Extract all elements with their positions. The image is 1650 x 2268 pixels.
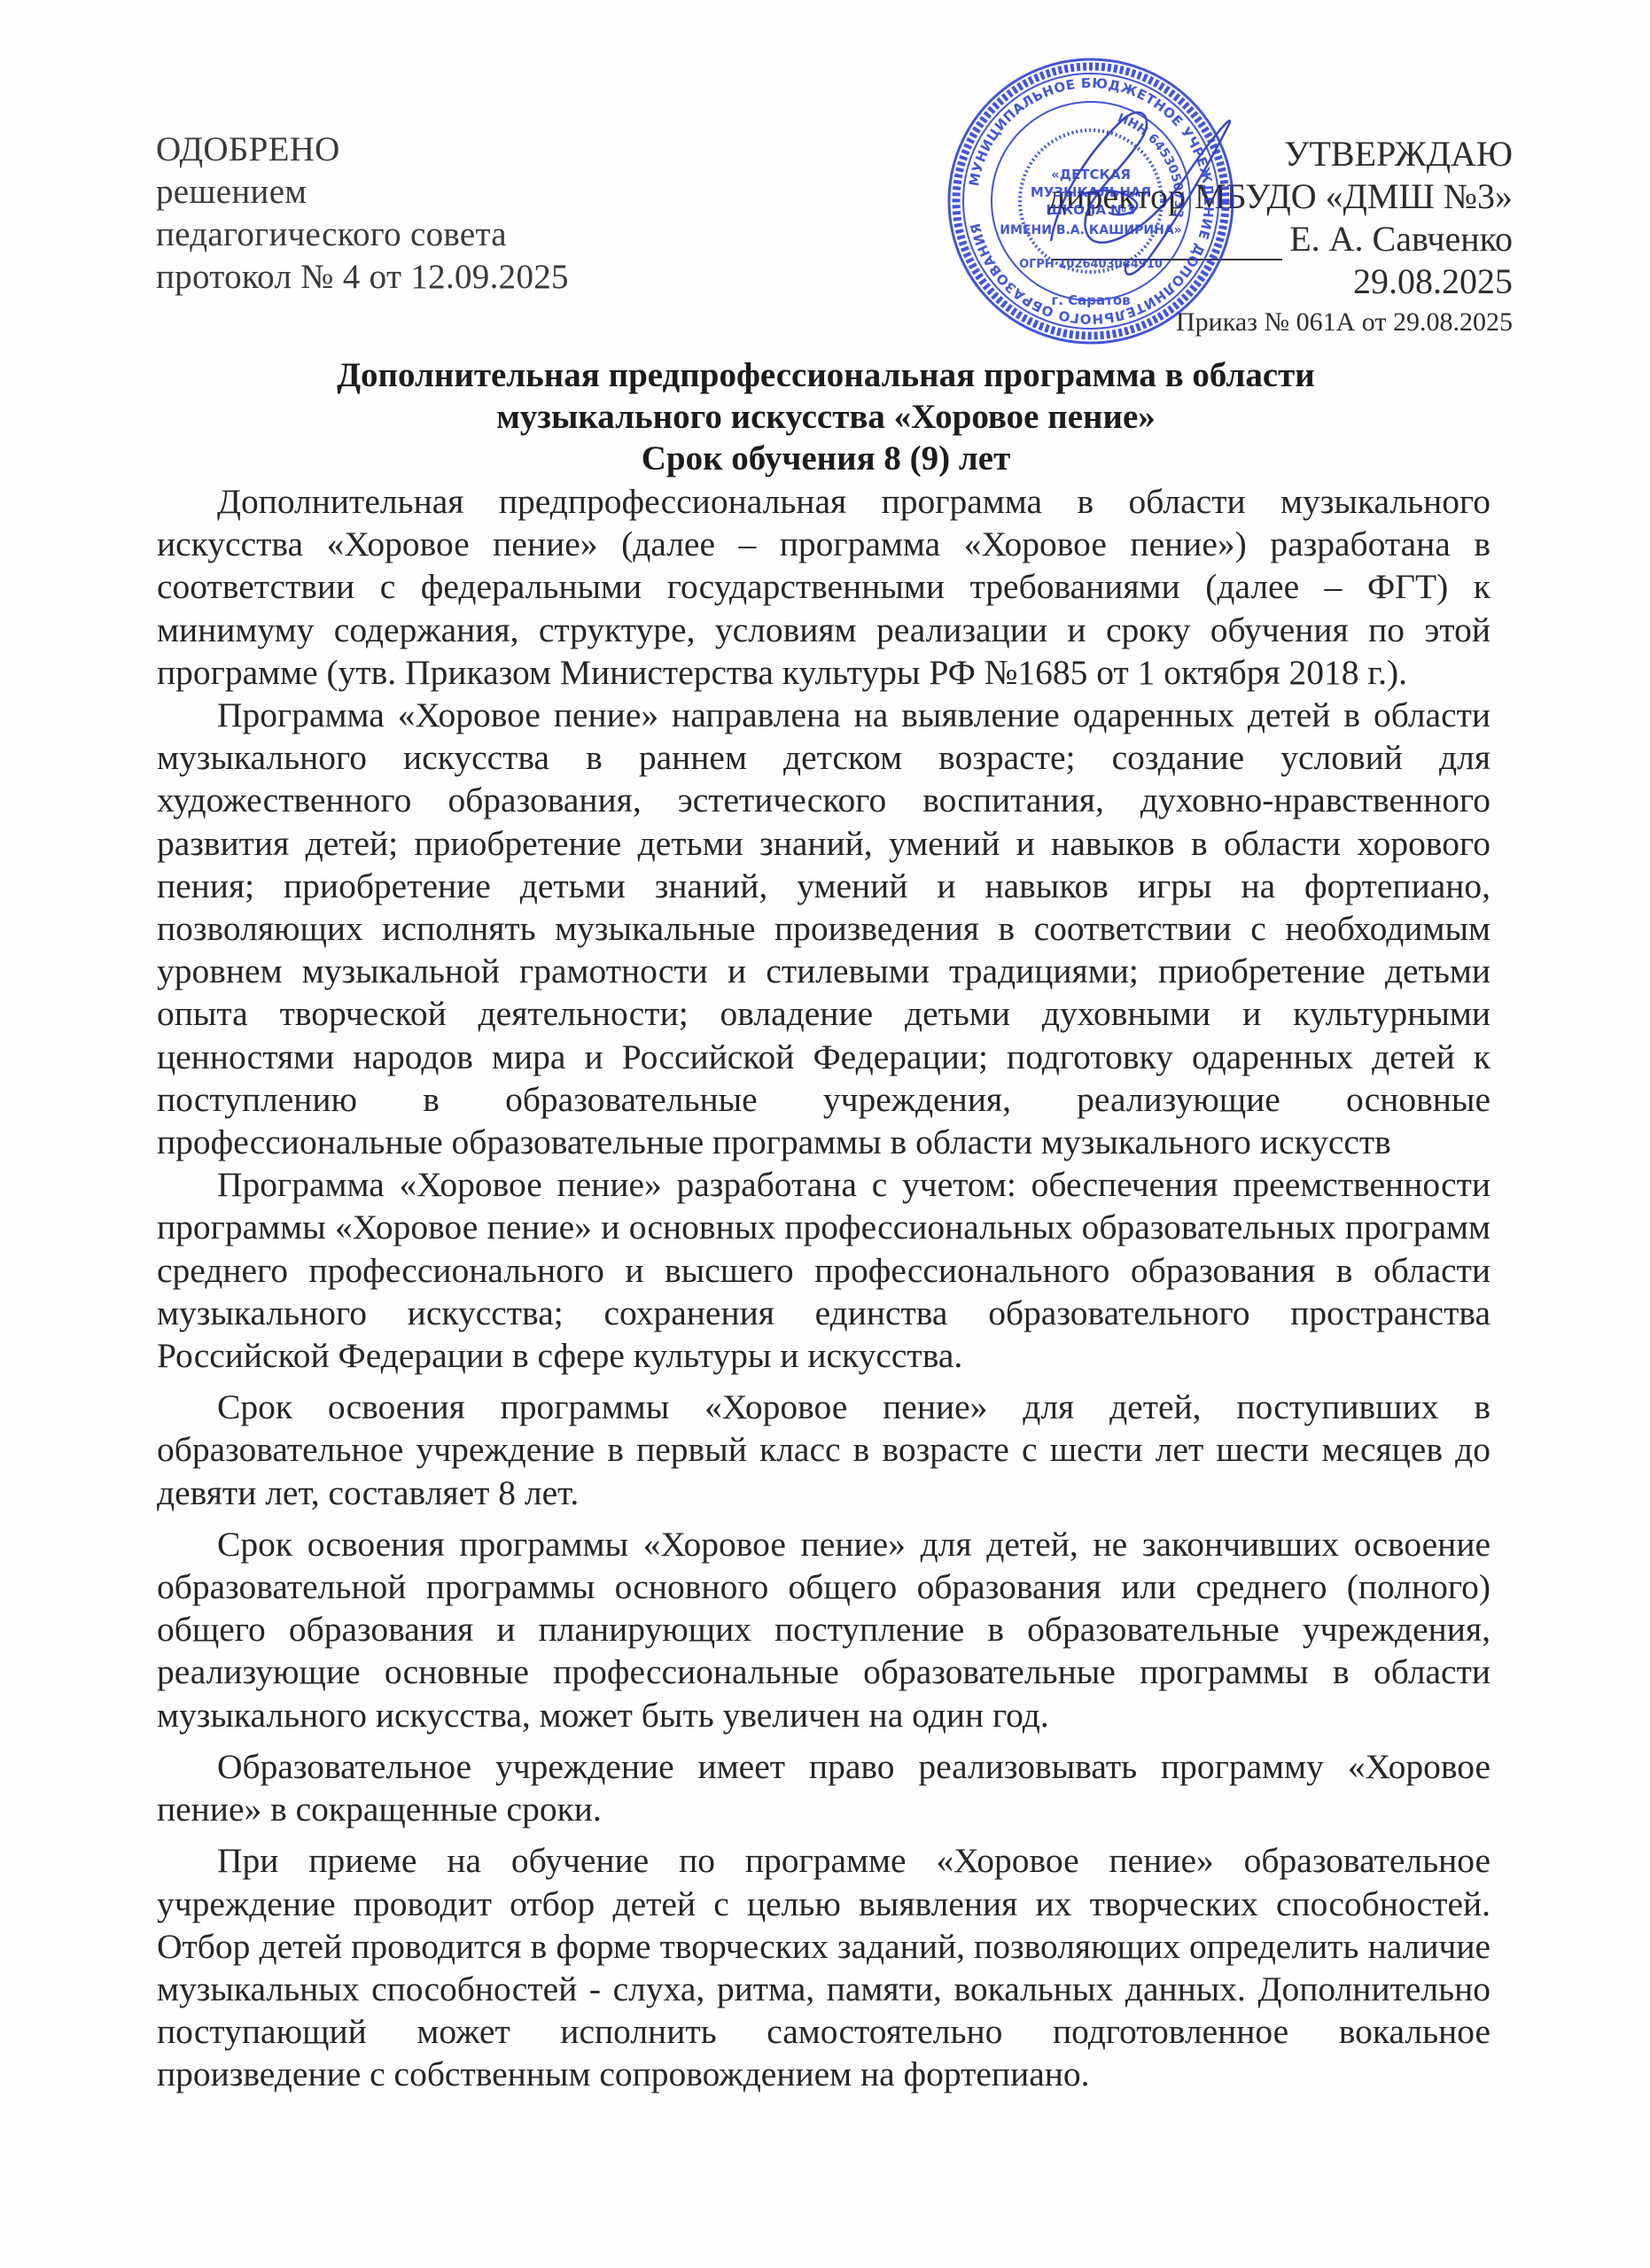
confirm-name: Е. А. Савченко bbox=[1289, 218, 1513, 260]
paragraph: Срок освоения программы «Хоровое пение» … bbox=[157, 1523, 1490, 1736]
confirm-position: директор МБУДО «ДМШ №3» bbox=[1048, 175, 1513, 218]
confirm-order: Приказ № 061А от 29.08.2025 bbox=[1048, 305, 1513, 340]
paragraph: При приеме на обучение по программе «Хор… bbox=[157, 1839, 1490, 2095]
document-page: ОДОБРЕНО решением педагогического совета… bbox=[0, 0, 1650, 2268]
paragraph: Дополнительная предпрофессиональная прог… bbox=[157, 480, 1490, 694]
paragraph: Программа «Хоровое пение» направлена на … bbox=[157, 694, 1490, 1163]
title-line: музыкального искусства «Хоровое пение» bbox=[157, 396, 1495, 438]
approved-line: решением bbox=[156, 171, 569, 214]
title-line: Дополнительная предпрофессиональная прог… bbox=[157, 354, 1495, 396]
approved-block: ОДОБРЕНО решением педагогического совета… bbox=[156, 128, 569, 299]
title-duration: Срок обучения 8 (9) лет bbox=[157, 438, 1495, 479]
confirm-date: 29.08.2025 bbox=[1048, 260, 1513, 303]
paragraph: Программа «Хоровое пение» разработана с … bbox=[157, 1163, 1490, 1377]
approved-heading: ОДОБРЕНО bbox=[156, 128, 569, 171]
signature-line bbox=[1052, 227, 1282, 260]
paragraph: Образовательное учреждение имеет право р… bbox=[157, 1745, 1490, 1830]
document-body: Дополнительная предпрофессиональная прог… bbox=[157, 480, 1490, 2096]
approved-line: педагогического совета bbox=[156, 214, 569, 256]
approved-line: протокол № 4 от 12.09.2025 bbox=[156, 256, 569, 299]
confirm-block: УТВЕРЖДАЮ директор МБУДО «ДМШ №3» Е. А. … bbox=[1048, 133, 1513, 340]
paragraph: Срок освоения программы «Хоровое пение» … bbox=[157, 1386, 1490, 1514]
confirm-heading: УТВЕРЖДАЮ bbox=[1048, 133, 1513, 175]
signature-row: Е. А. Савченко bbox=[1048, 218, 1513, 260]
document-title: Дополнительная предпрофессиональная прог… bbox=[157, 354, 1495, 479]
